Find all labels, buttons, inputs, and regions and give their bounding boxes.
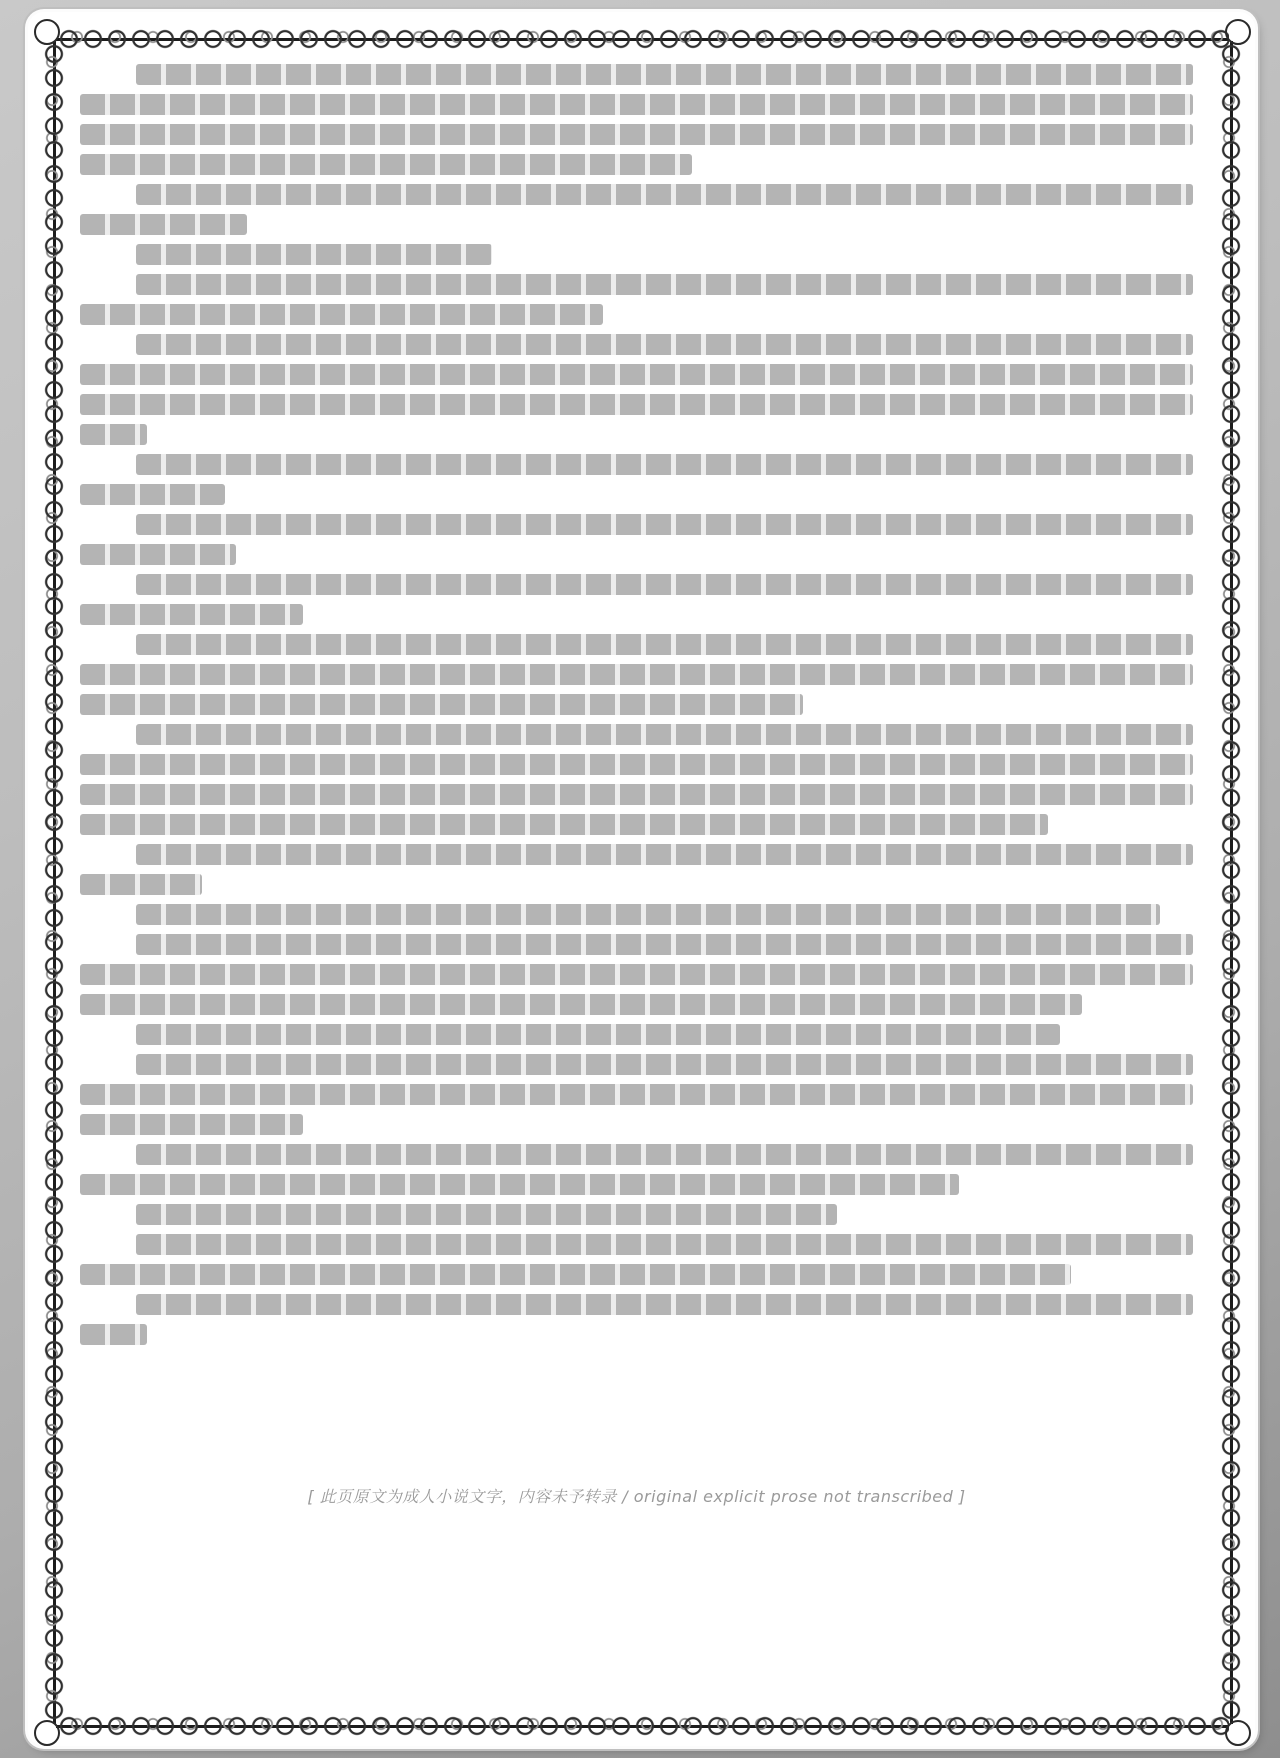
text-line-redacted <box>80 394 1193 415</box>
frame-ornament-bottom <box>56 1713 1229 1739</box>
paragraph <box>80 244 1193 265</box>
text-line-redacted <box>80 424 147 445</box>
paragraph <box>80 184 1193 235</box>
document-page: [ 此页原文为成人小说文字，内容未予转录 / original explicit… <box>28 12 1255 1746</box>
frame-corner-swirl <box>34 1720 60 1746</box>
text-line-redacted <box>80 544 236 565</box>
paragraph <box>80 1294 1193 1345</box>
text-line-redacted <box>80 214 247 235</box>
text-line-redacted <box>80 1264 1071 1285</box>
paragraph <box>80 1024 1193 1045</box>
frame-ornament-left <box>41 41 67 1724</box>
frame-corner-swirl <box>34 19 60 45</box>
paragraph <box>80 514 1193 565</box>
text-line-redacted <box>80 124 1193 145</box>
text-line-redacted <box>80 994 1082 1015</box>
frame-ornament-right <box>1218 41 1244 1724</box>
paragraph <box>80 1144 1193 1195</box>
text-line-redacted <box>136 184 1193 205</box>
paragraph <box>80 1234 1193 1285</box>
text-line-redacted <box>136 724 1193 745</box>
text-line-redacted <box>136 64 1193 85</box>
text-line-redacted <box>80 664 1193 685</box>
paragraph <box>80 844 1193 895</box>
text-line-redacted <box>136 1024 1060 1045</box>
text-line-redacted <box>80 1174 959 1195</box>
text-line-redacted <box>80 874 202 895</box>
text-line-redacted <box>80 154 692 175</box>
frame-corner-swirl <box>1225 1720 1251 1746</box>
text-line-redacted <box>136 934 1193 955</box>
text-line-redacted <box>136 274 1193 295</box>
paragraph <box>80 574 1193 625</box>
frame-corner-swirl <box>1225 19 1251 45</box>
paragraph <box>80 64 1193 175</box>
text-line-redacted <box>80 754 1193 775</box>
text-line-redacted <box>136 1204 837 1225</box>
paragraph <box>80 724 1193 835</box>
text-line-redacted <box>136 514 1193 535</box>
text-line-redacted <box>80 1084 1193 1105</box>
text-line-redacted <box>80 604 303 625</box>
text-line-redacted <box>136 454 1193 475</box>
paragraph <box>80 274 1193 325</box>
background: [ 此页原文为成人小说文字，内容未予转录 / original explicit… <box>0 0 1280 1758</box>
text-line-redacted <box>136 844 1193 865</box>
paragraph <box>80 904 1193 925</box>
paragraph <box>80 334 1193 445</box>
text-line-redacted <box>80 784 1193 805</box>
page-text-area: [ 此页原文为成人小说文字，内容未予转录 / original explicit… <box>80 64 1193 1716</box>
paragraph <box>80 1054 1193 1135</box>
redaction-notice: [ 此页原文为成人小说文字，内容未予转录 / original explicit… <box>80 1484 1193 1507</box>
text-line-redacted <box>80 1324 147 1345</box>
frame-ornament-top <box>56 26 1229 52</box>
paragraph <box>80 934 1193 1015</box>
paragraph <box>80 1204 1193 1225</box>
text-line-redacted <box>136 1054 1193 1075</box>
text-line-redacted <box>80 694 803 715</box>
text-line-redacted <box>80 1114 303 1135</box>
text-line-redacted <box>136 574 1193 595</box>
paragraph <box>80 454 1193 505</box>
text-line-redacted <box>136 1234 1193 1255</box>
text-line-redacted <box>136 634 1193 655</box>
text-line-redacted <box>136 334 1193 355</box>
text-line-redacted <box>80 814 1048 835</box>
text-line-redacted <box>80 964 1193 985</box>
text-line-redacted <box>80 304 603 325</box>
paragraph <box>80 634 1193 715</box>
text-line-redacted <box>136 1294 1193 1315</box>
text-line-redacted <box>136 244 492 265</box>
text-line-redacted <box>136 1144 1193 1165</box>
text-line-redacted <box>136 904 1160 925</box>
text-line-redacted <box>80 364 1193 385</box>
text-line-redacted <box>80 484 225 505</box>
text-line-redacted <box>80 94 1193 115</box>
